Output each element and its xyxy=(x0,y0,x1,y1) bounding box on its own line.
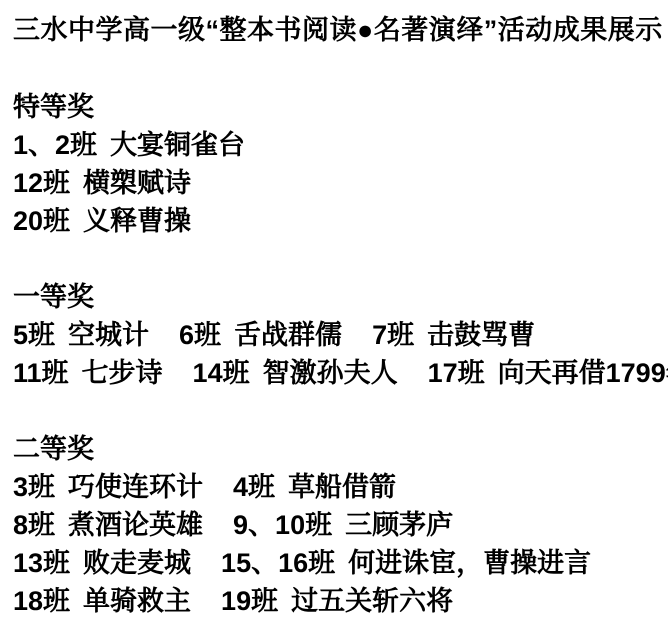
section-header-special-prize: 特等奖 xyxy=(13,88,662,126)
section-special-prize: 特等奖 1、2班大宴铜雀台 12班横槊赋诗 20班义释曹操 xyxy=(13,88,662,240)
class-label: 11班 xyxy=(13,354,69,392)
performance-title: 向天再借1799年 xyxy=(498,354,668,392)
class-label: 7班 xyxy=(372,316,414,354)
performance-title: 横槊赋诗 xyxy=(83,164,191,202)
performance-title: 单骑救主 xyxy=(83,582,191,620)
performance-title: 败走麦城 xyxy=(83,544,191,582)
award-row: 8班煮酒论英雄9、10班三顾茅庐 xyxy=(13,506,662,544)
class-label: 18班 xyxy=(13,582,70,620)
class-label: 14班 xyxy=(193,354,250,392)
section-first-prize: 一等奖 5班空城计6班舌战群儒7班击鼓骂曹 11班七步诗14班智激孙夫人17班向… xyxy=(13,278,662,392)
section-second-prize: 二等奖 3班巧使连环计4班草船借箭 8班煮酒论英雄9、10班三顾茅庐 13班败走… xyxy=(13,430,662,620)
performance-title: 舌战群儒 xyxy=(234,316,342,354)
class-label: 9、10班 xyxy=(233,506,332,544)
performance-title: 草船借箭 xyxy=(288,468,396,506)
performance-title: 大宴铜雀台 xyxy=(110,126,245,164)
performance-title: 智激孙夫人 xyxy=(263,354,398,392)
award-row: 20班义释曹操 xyxy=(13,202,662,240)
award-row: 13班败走麦城15、16班何进诛宦，曹操进言 xyxy=(13,544,662,582)
performance-title: 何进诛宦，曹操进言 xyxy=(348,544,591,582)
award-row: 18班单骑救主19班过五关斩六将 xyxy=(13,582,662,620)
section-header-second-prize: 二等奖 xyxy=(13,430,662,468)
performance-title: 空城计 xyxy=(68,316,149,354)
award-row: 12班横槊赋诗 xyxy=(13,164,662,202)
page-title: 三水中学高一级“整本书阅读●名著演绎”活动成果展示 xyxy=(13,10,662,50)
class-label: 15、16班 xyxy=(221,544,335,582)
class-label: 6班 xyxy=(179,316,221,354)
class-label: 12班 xyxy=(13,164,70,202)
class-label: 3班 xyxy=(13,468,55,506)
class-label: 20班 xyxy=(13,202,70,240)
performance-title: 七步诗 xyxy=(82,354,163,392)
award-row: 11班七步诗14班智激孙夫人17班向天再借1799年 xyxy=(13,354,662,392)
announcement-document: { "page": { "background_color": "#ffffff… xyxy=(0,0,668,622)
section-header-first-prize: 一等奖 xyxy=(13,278,662,316)
class-label: 19班 xyxy=(221,582,278,620)
class-label: 5班 xyxy=(13,316,55,354)
class-label: 13班 xyxy=(13,544,70,582)
performance-title: 煮酒论英雄 xyxy=(68,506,203,544)
class-label: 8班 xyxy=(13,506,55,544)
performance-title: 巧使连环计 xyxy=(68,468,203,506)
award-row: 3班巧使连环计4班草船借箭 xyxy=(13,468,662,506)
award-row: 5班空城计6班舌战群儒7班击鼓骂曹 xyxy=(13,316,662,354)
performance-title: 击鼓骂曹 xyxy=(427,316,535,354)
performance-title: 义释曹操 xyxy=(83,202,191,240)
performance-title: 过五关斩六将 xyxy=(291,582,453,620)
class-label: 4班 xyxy=(233,468,275,506)
class-label: 17班 xyxy=(428,354,485,392)
performance-title: 三顾茅庐 xyxy=(345,506,453,544)
award-row: 1、2班大宴铜雀台 xyxy=(13,126,662,164)
class-label: 1、2班 xyxy=(13,126,97,164)
